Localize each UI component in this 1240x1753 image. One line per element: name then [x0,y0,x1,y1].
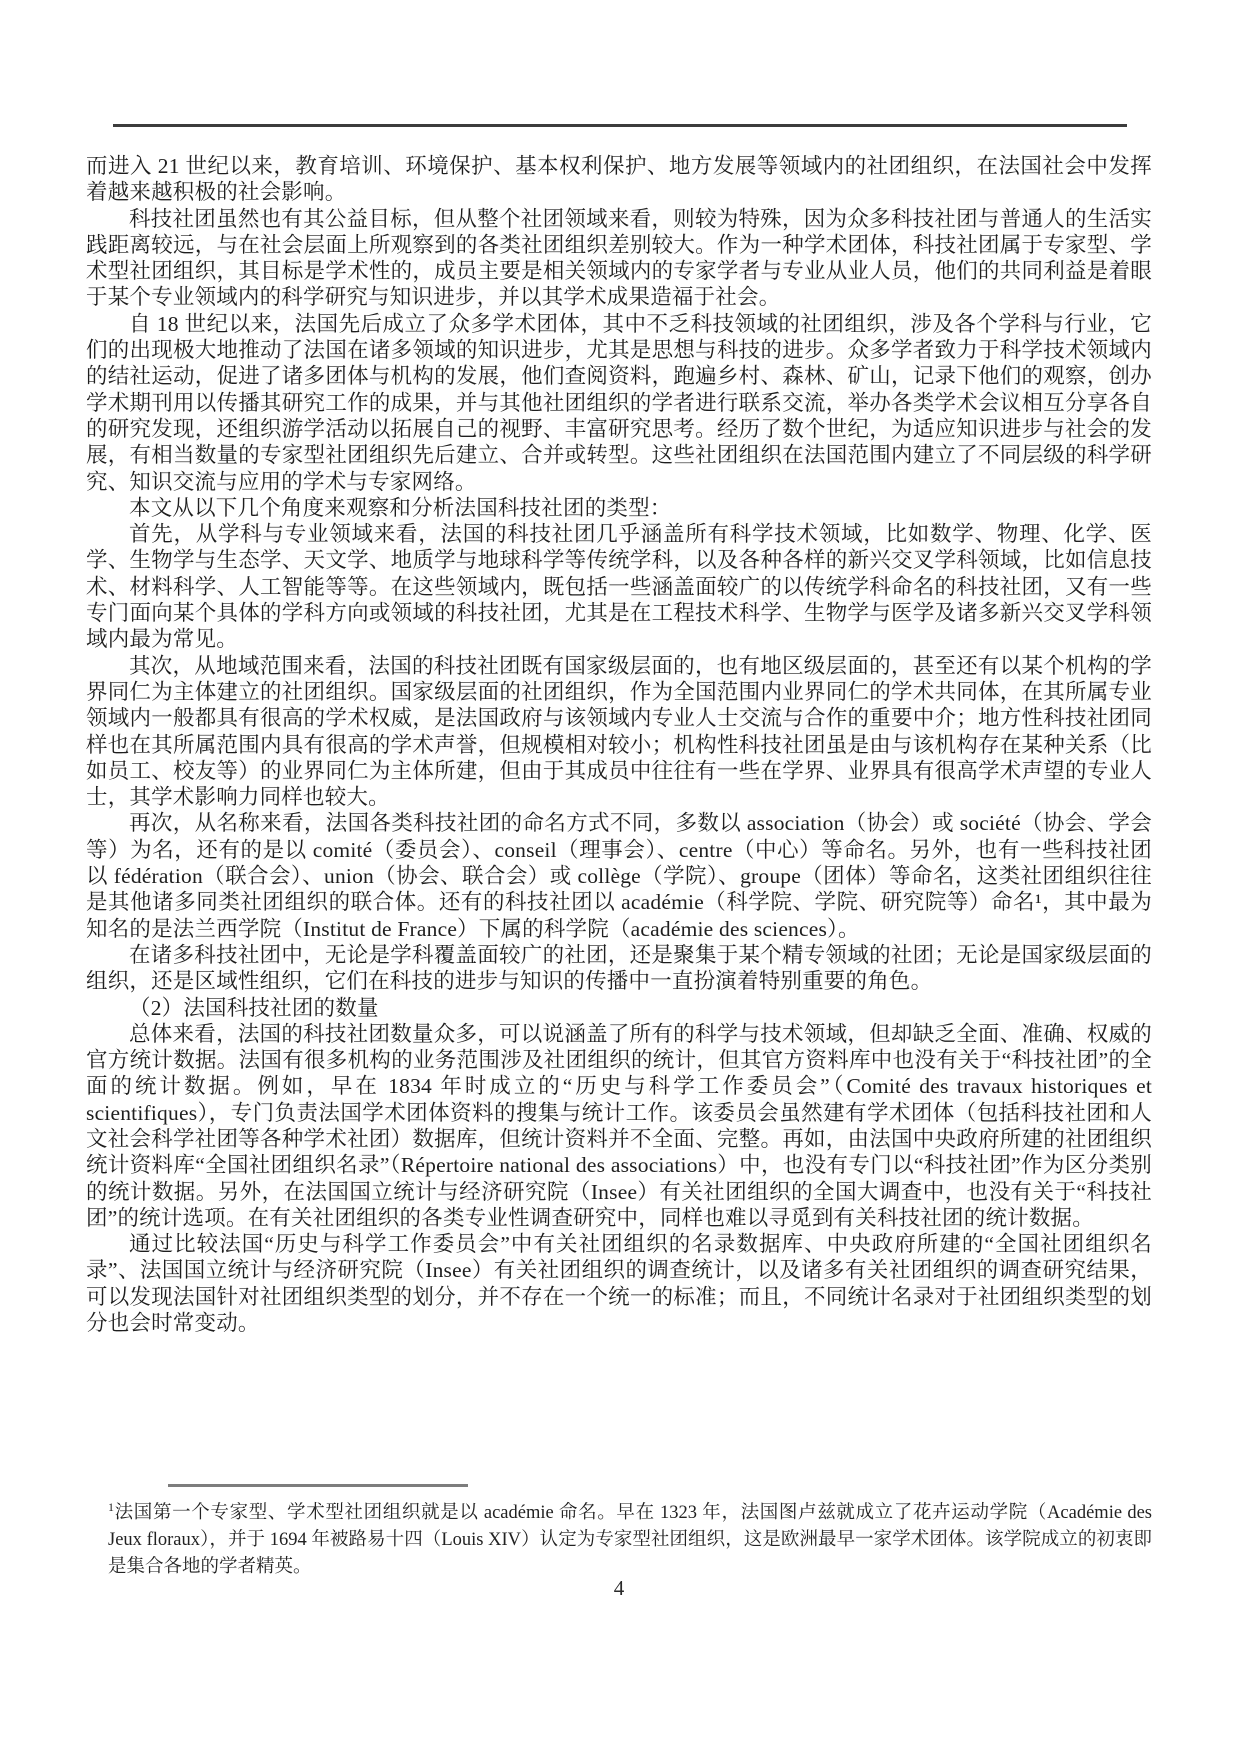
footnote-section: 1法国第一个专家型、学术型社团组织就是以 académie 命名。早在 1323… [86,1484,1152,1581]
body-paragraph: 总体来看，法国的科技社团数量众多，可以说涵盖了所有的科学与技术领域，但却缺乏全面… [86,1021,1152,1231]
body-paragraph: 而进入 21 世纪以来，教育培训、环境保护、基本权利保护、地方发展等领域内的社团… [86,153,1152,206]
body-paragraph: 再次，从名称来看，法国各类科技社团的命名方式不同，多数以 association… [86,810,1152,941]
body-paragraph: 在诸多科技社团中，无论是学科覆盖面较广的社团，还是聚集于某个精专领域的社团；无论… [86,942,1152,995]
body-paragraph: 通过比较法国“历史与科学工作委员会”中有关社团组织的名录数据库、中央政府所建的“… [86,1231,1152,1336]
body-paragraph: 本文从以下几个角度来观察和分析法国科技社团的类型： [86,495,1152,521]
footnote: 1法国第一个专家型、学术型社团组织就是以 académie 命名。早在 1323… [86,1500,1152,1581]
section-heading-number: （2）法国科技社团的数量 [86,995,1152,1021]
body-text-block: 而进入 21 世纪以来，教育培训、环境保护、基本权利保护、地方发展等领域内的社团… [86,153,1152,1336]
body-paragraph: 自 18 世纪以来，法国先后成立了众多学术团体，其中不乏科技领域的社团组织，涉及… [86,311,1152,495]
footnote-separator [168,1484,468,1487]
footnote-text: 法国第一个专家型、学术型社团组织就是以 académie 命名。早在 1323 … [108,1503,1152,1577]
body-paragraph: 科技社团虽然也有其公益目标，但从整个社团领域来看，则较为特殊，因为众多科技社团与… [86,206,1152,311]
header-rule [113,124,1127,127]
page-number: 4 [86,1576,1152,1601]
document-page: 而进入 21 世纪以来，教育培训、环境保护、基本权利保护、地方发展等领域内的社团… [0,0,1240,1753]
body-paragraph: 其次，从地域范围来看，法国的科技社团既有国家级层面的，也有地区级层面的，甚至还有… [86,653,1152,811]
body-paragraph: 首先，从学科与专业领域来看，法国的科技社团几乎涵盖所有科学技术领域，比如数学、物… [86,521,1152,652]
